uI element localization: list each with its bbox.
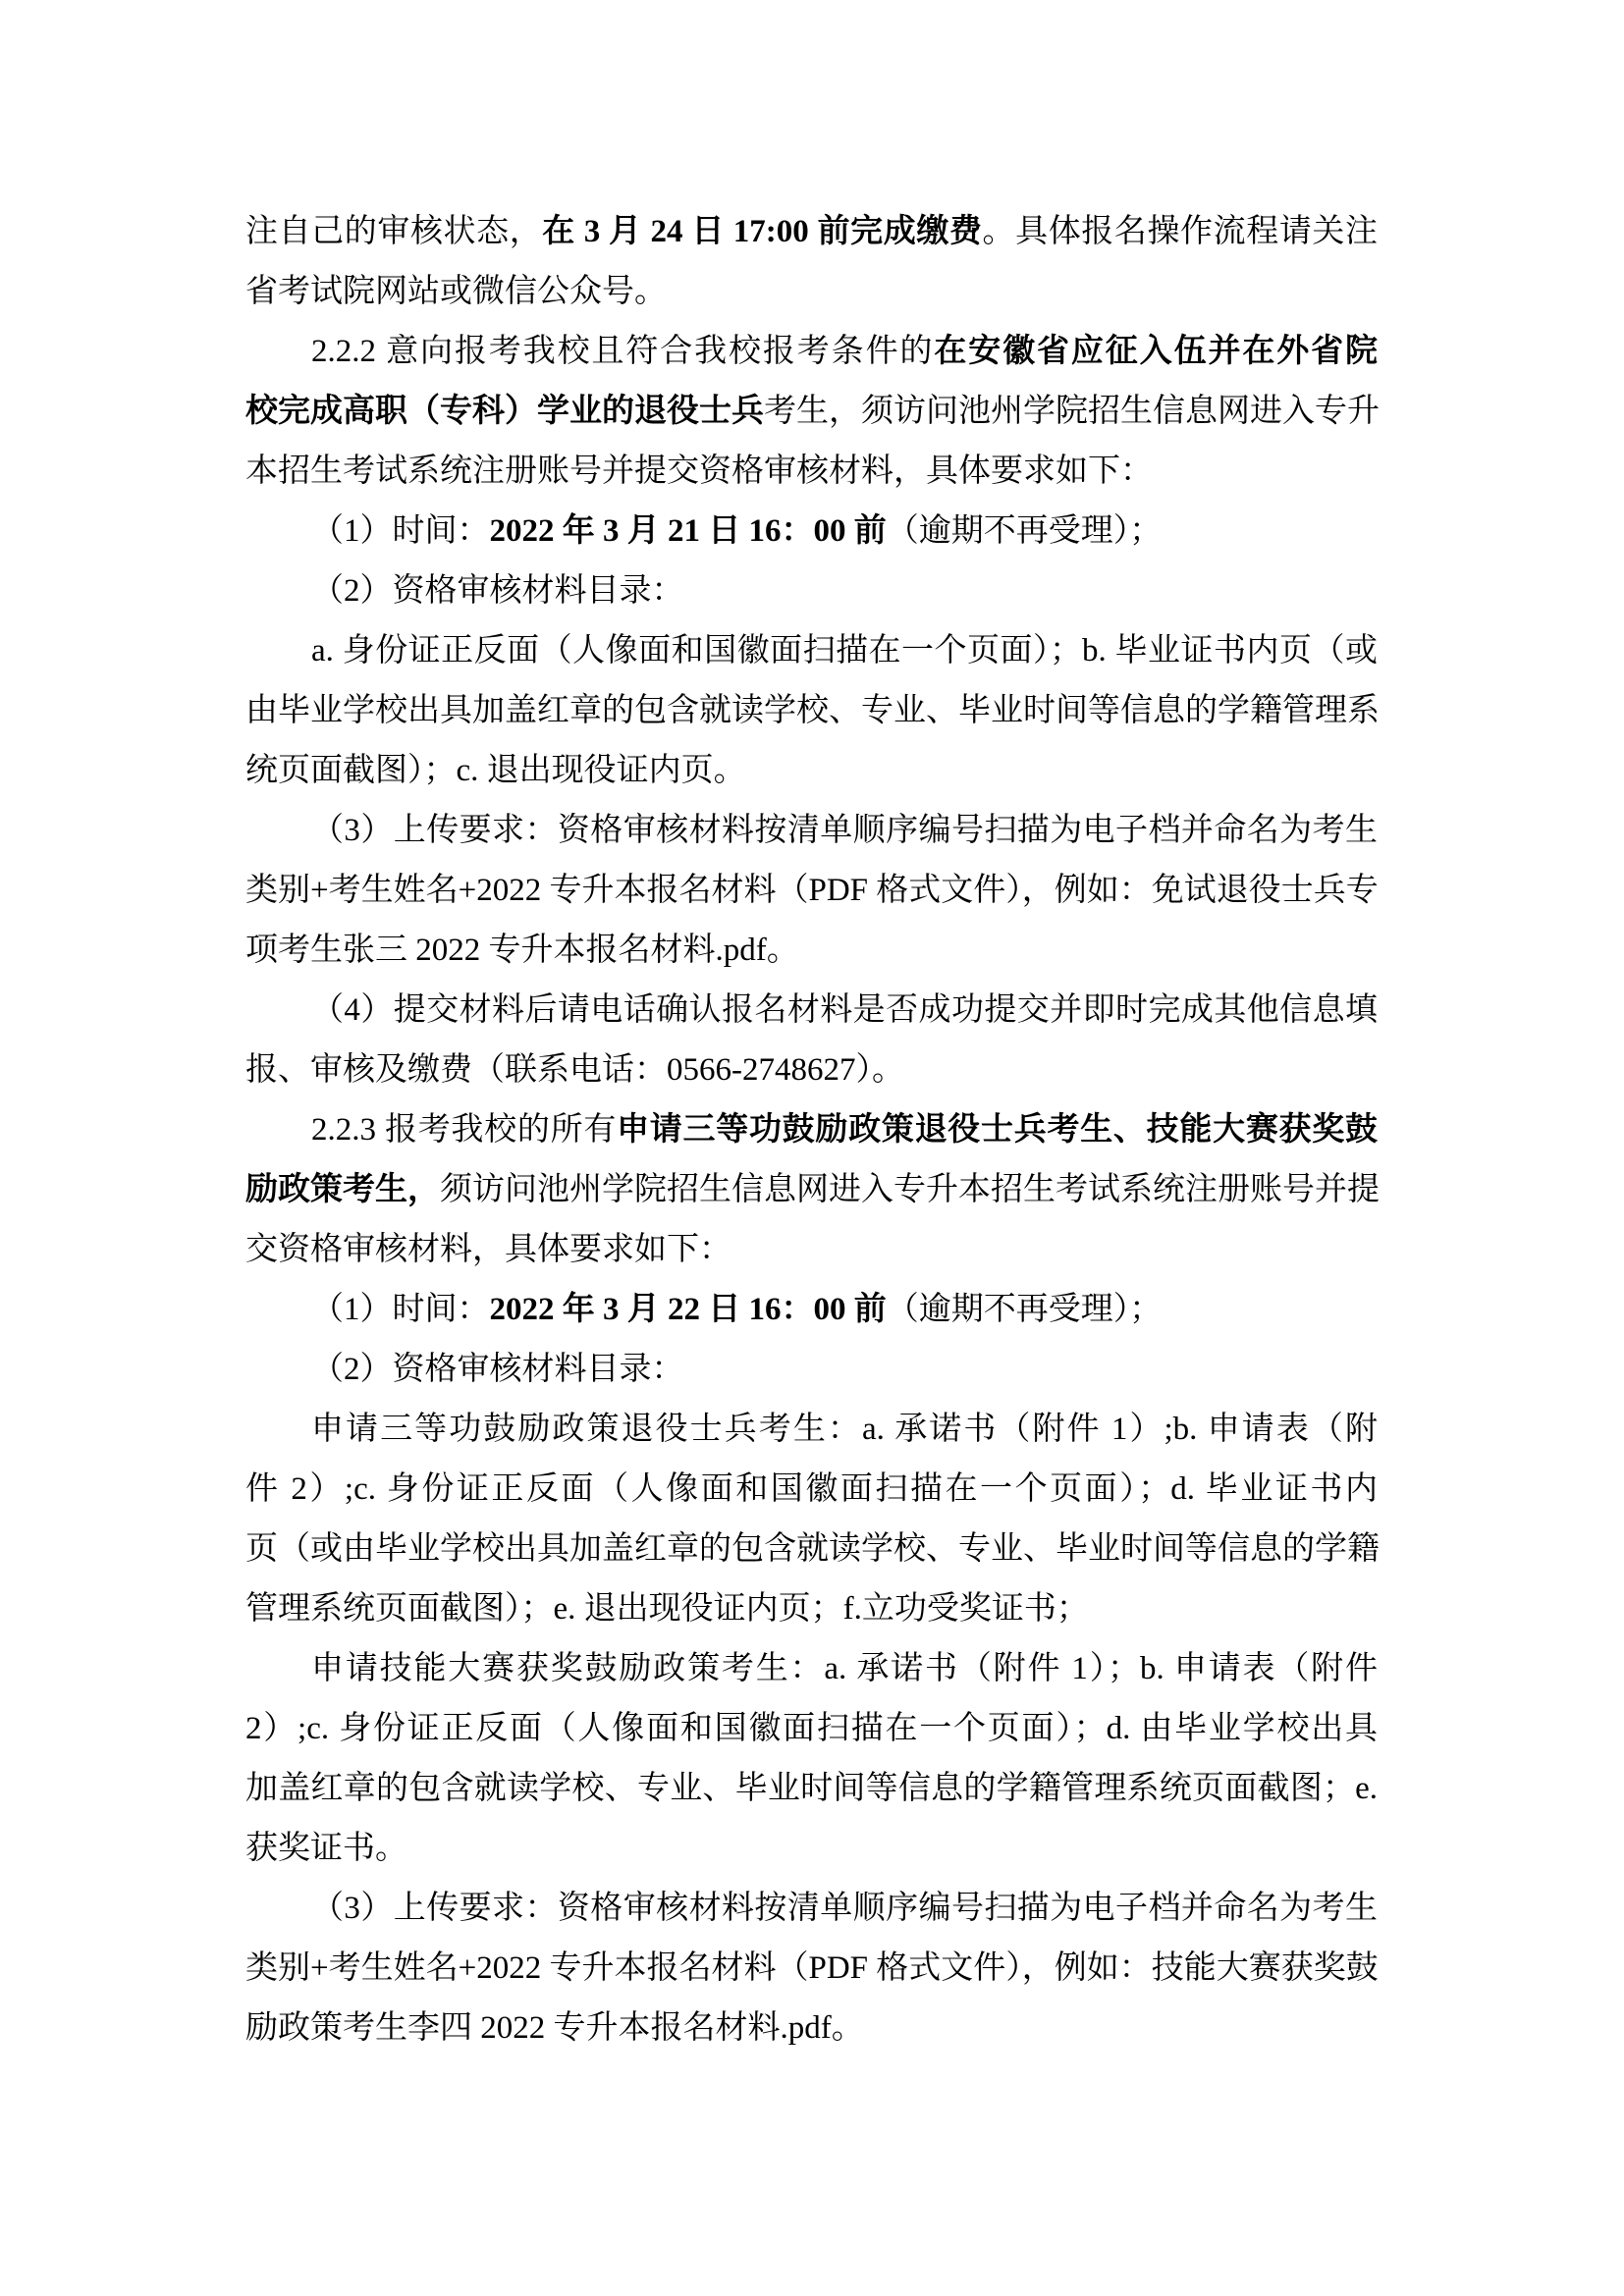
bold-text-run: 校完成高职（专科）学业的退役士兵 [245, 394, 764, 429]
text-line: 省考试院网站或微信公众号。 [245, 262, 1378, 322]
text-run: 件 2）;c. 身份证正反面（人像面和国徽面扫描在一个页面）；d. 毕业证书内 [245, 1471, 1378, 1507]
text-run: （1）时间： [311, 1292, 490, 1327]
text-line: 类别+考生姓名+2022 专升本报名材料（PDF 格式文件），例如：免试退役士兵… [245, 861, 1378, 921]
document-body: 注自己的审核状态，在 3 月 24 日 17:00 前完成缴费。具体报名操作流程… [245, 202, 1378, 2058]
text-line: 校完成高职（专科）学业的退役士兵考生，须访问池州学院招生信息网进入专升 [245, 382, 1378, 442]
text-line: 本招生考试系统注册账号并提交资格审核材料，具体要求如下： [245, 442, 1378, 502]
bold-text-run: 励政策考生， [245, 1172, 440, 1207]
text-run: 申请三等功鼓励政策退役士兵考生：a. 承诺书（附件 1）;b. 申请表（附 [311, 1412, 1378, 1447]
text-run: 加盖红章的包含就读学校、专业、毕业时间等信息的学籍管理系统页面截图；e. [245, 1771, 1378, 1806]
text-run: 类别+考生姓名+2022 专升本报名材料（PDF 格式文件），例如：免试退役士兵… [245, 873, 1379, 908]
text-line: （2）资格审核材料目录： [245, 1340, 1378, 1400]
text-run: 2.2.3 报考我校的所有 [311, 1112, 617, 1148]
text-line: 注自己的审核状态，在 3 月 24 日 17:00 前完成缴费。具体报名操作流程… [245, 202, 1378, 262]
text-run: 类别+考生姓名+2022 专升本报名材料（PDF 格式文件），例如：技能大赛获奖… [245, 1950, 1379, 1986]
text-line: 获奖证书。 [245, 1819, 1378, 1879]
text-line: 2）;c. 身份证正反面（人像面和国徽面扫描在一个页面）；d. 由毕业学校出具 [245, 1699, 1378, 1759]
text-line: a. 身份证正反面（人像面和国徽面扫描在一个页面）；b. 毕业证书内页（或 [245, 621, 1378, 681]
text-line: 类别+考生姓名+2022 专升本报名材料（PDF 格式文件），例如：技能大赛获奖… [245, 1939, 1378, 1999]
text-line: 统页面截图）；c. 退出现役证内页。 [245, 741, 1378, 801]
text-run: （4）提交材料后请电话确认报名材料是否成功提交并即时完成其他信息填 [311, 992, 1378, 1028]
bold-text-run: 在安徽省应征入伍并在外省院 [934, 334, 1378, 369]
text-line: 管理系统页面截图）；e. 退出现役证内页；f.立功受奖证书； [245, 1579, 1378, 1639]
text-run: 省考试院网站或微信公众号。 [245, 274, 667, 309]
text-run: 获奖证书。 [245, 1831, 407, 1866]
text-run: 2.2.2 意向报考我校且符合我校报考条件的 [311, 334, 934, 369]
text-line: （3）上传要求：资格审核材料按清单顺序编号扫描为电子档并命名为考生 [245, 1879, 1378, 1939]
text-line: （4）提交材料后请电话确认报名材料是否成功提交并即时完成其他信息填 [245, 981, 1378, 1041]
text-run: 考生，须访问池州学院招生信息网进入专升 [764, 394, 1380, 429]
text-run: 页（或由毕业学校出具加盖红章的包含就读学校、专业、毕业时间等信息的学籍 [245, 1531, 1380, 1567]
text-run: （逾期不再受理）； [887, 1292, 1163, 1327]
text-line: 励政策考生，须访问池州学院招生信息网进入专升本招生考试系统注册账号并提 [245, 1160, 1378, 1220]
text-line: 2.2.3 报考我校的所有申请三等功鼓励政策退役士兵考生、技能大赛获奖鼓 [245, 1100, 1378, 1160]
text-run: （2）资格审核材料目录： [311, 1352, 684, 1387]
text-line: 申请技能大赛获奖鼓励政策考生：a. 承诺书（附件 1）；b. 申请表（附件 [245, 1639, 1378, 1699]
text-run: 励政策考生李四 2022 专升本报名材料.pdf。 [245, 2010, 864, 2046]
page: 注自己的审核状态，在 3 月 24 日 17:00 前完成缴费。具体报名操作流程… [0, 0, 1624, 2296]
bold-text-run: 在 3 月 24 日 17:00 前完成缴费 [542, 214, 982, 249]
text-run: 2）;c. 身份证正反面（人像面和国徽面扫描在一个页面）；d. 由毕业学校出具 [245, 1711, 1378, 1746]
text-run: 注自己的审核状态， [245, 214, 542, 249]
text-run: a. 身份证正反面（人像面和国徽面扫描在一个页面）；b. 毕业证书内页（或 [311, 633, 1378, 668]
bold-text-run: 2022 年 3 月 21 日 16：00 前 [490, 513, 887, 549]
text-run: （2）资格审核材料目录： [311, 573, 684, 609]
text-run: 项考生张三 2022 专升本报名材料.pdf。 [245, 933, 799, 968]
text-run: 须访问池州学院招生信息网进入专升本招生考试系统注册账号并提 [440, 1172, 1380, 1207]
text-run: （逾期不再受理）； [887, 513, 1163, 549]
text-run: （3）上传要求：资格审核材料按清单顺序编号扫描为电子档并命名为考生 [311, 813, 1378, 848]
text-run: 管理系统页面截图）；e. 退出现役证内页；f.立功受奖证书； [245, 1591, 1089, 1627]
text-line: （1）时间：2022 年 3 月 22 日 16：00 前（逾期不再受理）； [245, 1280, 1378, 1340]
text-line: 由毕业学校出具加盖红章的包含就读学校、专业、毕业时间等信息的学籍管理系 [245, 681, 1378, 741]
text-line: 申请三等功鼓励政策退役士兵考生：a. 承诺书（附件 1）;b. 申请表（附 [245, 1400, 1378, 1460]
text-line: 报、审核及缴费（联系电话：0566-2748627）。 [245, 1041, 1378, 1100]
text-run: 报、审核及缴费（联系电话：0566-2748627）。 [245, 1052, 904, 1088]
text-line: （3）上传要求：资格审核材料按清单顺序编号扫描为电子档并命名为考生 [245, 801, 1378, 861]
text-run: 本招生考试系统注册账号并提交资格审核材料，具体要求如下： [245, 454, 1153, 489]
text-run: 交资格审核材料，具体要求如下： [245, 1232, 731, 1267]
bold-text-run: 申请三等功鼓励政策退役士兵考生、技能大赛获奖鼓 [617, 1112, 1378, 1148]
text-run: 统页面截图）；c. 退出现役证内页。 [245, 753, 746, 788]
text-run: 。具体报名操作流程请关注 [983, 214, 1378, 249]
text-line: 加盖红章的包含就读学校、专业、毕业时间等信息的学籍管理系统页面截图；e. [245, 1759, 1378, 1819]
text-run: （3）上传要求：资格审核材料按清单顺序编号扫描为电子档并命名为考生 [311, 1891, 1378, 1926]
text-line: 项考生张三 2022 专升本报名材料.pdf。 [245, 921, 1378, 981]
text-line: 2.2.2 意向报考我校且符合我校报考条件的在安徽省应征入伍并在外省院 [245, 322, 1378, 382]
text-run: 申请技能大赛获奖鼓励政策考生：a. 承诺书（附件 1）；b. 申请表（附件 [311, 1651, 1378, 1686]
bold-text-run: 2022 年 3 月 22 日 16：00 前 [490, 1292, 887, 1327]
text-line: 励政策考生李四 2022 专升本报名材料.pdf。 [245, 1999, 1378, 2058]
text-line: 页（或由毕业学校出具加盖红章的包含就读学校、专业、毕业时间等信息的学籍 [245, 1520, 1378, 1579]
text-line: （1）时间：2022 年 3 月 21 日 16：00 前（逾期不再受理）； [245, 502, 1378, 561]
text-line: 交资格审核材料，具体要求如下： [245, 1220, 1378, 1280]
text-line: （2）资格审核材料目录： [245, 561, 1378, 621]
text-line: 件 2）;c. 身份证正反面（人像面和国徽面扫描在一个页面）；d. 毕业证书内 [245, 1460, 1378, 1520]
text-run: 由毕业学校出具加盖红章的包含就读学校、专业、毕业时间等信息的学籍管理系 [245, 693, 1380, 728]
text-run: （1）时间： [311, 513, 490, 549]
